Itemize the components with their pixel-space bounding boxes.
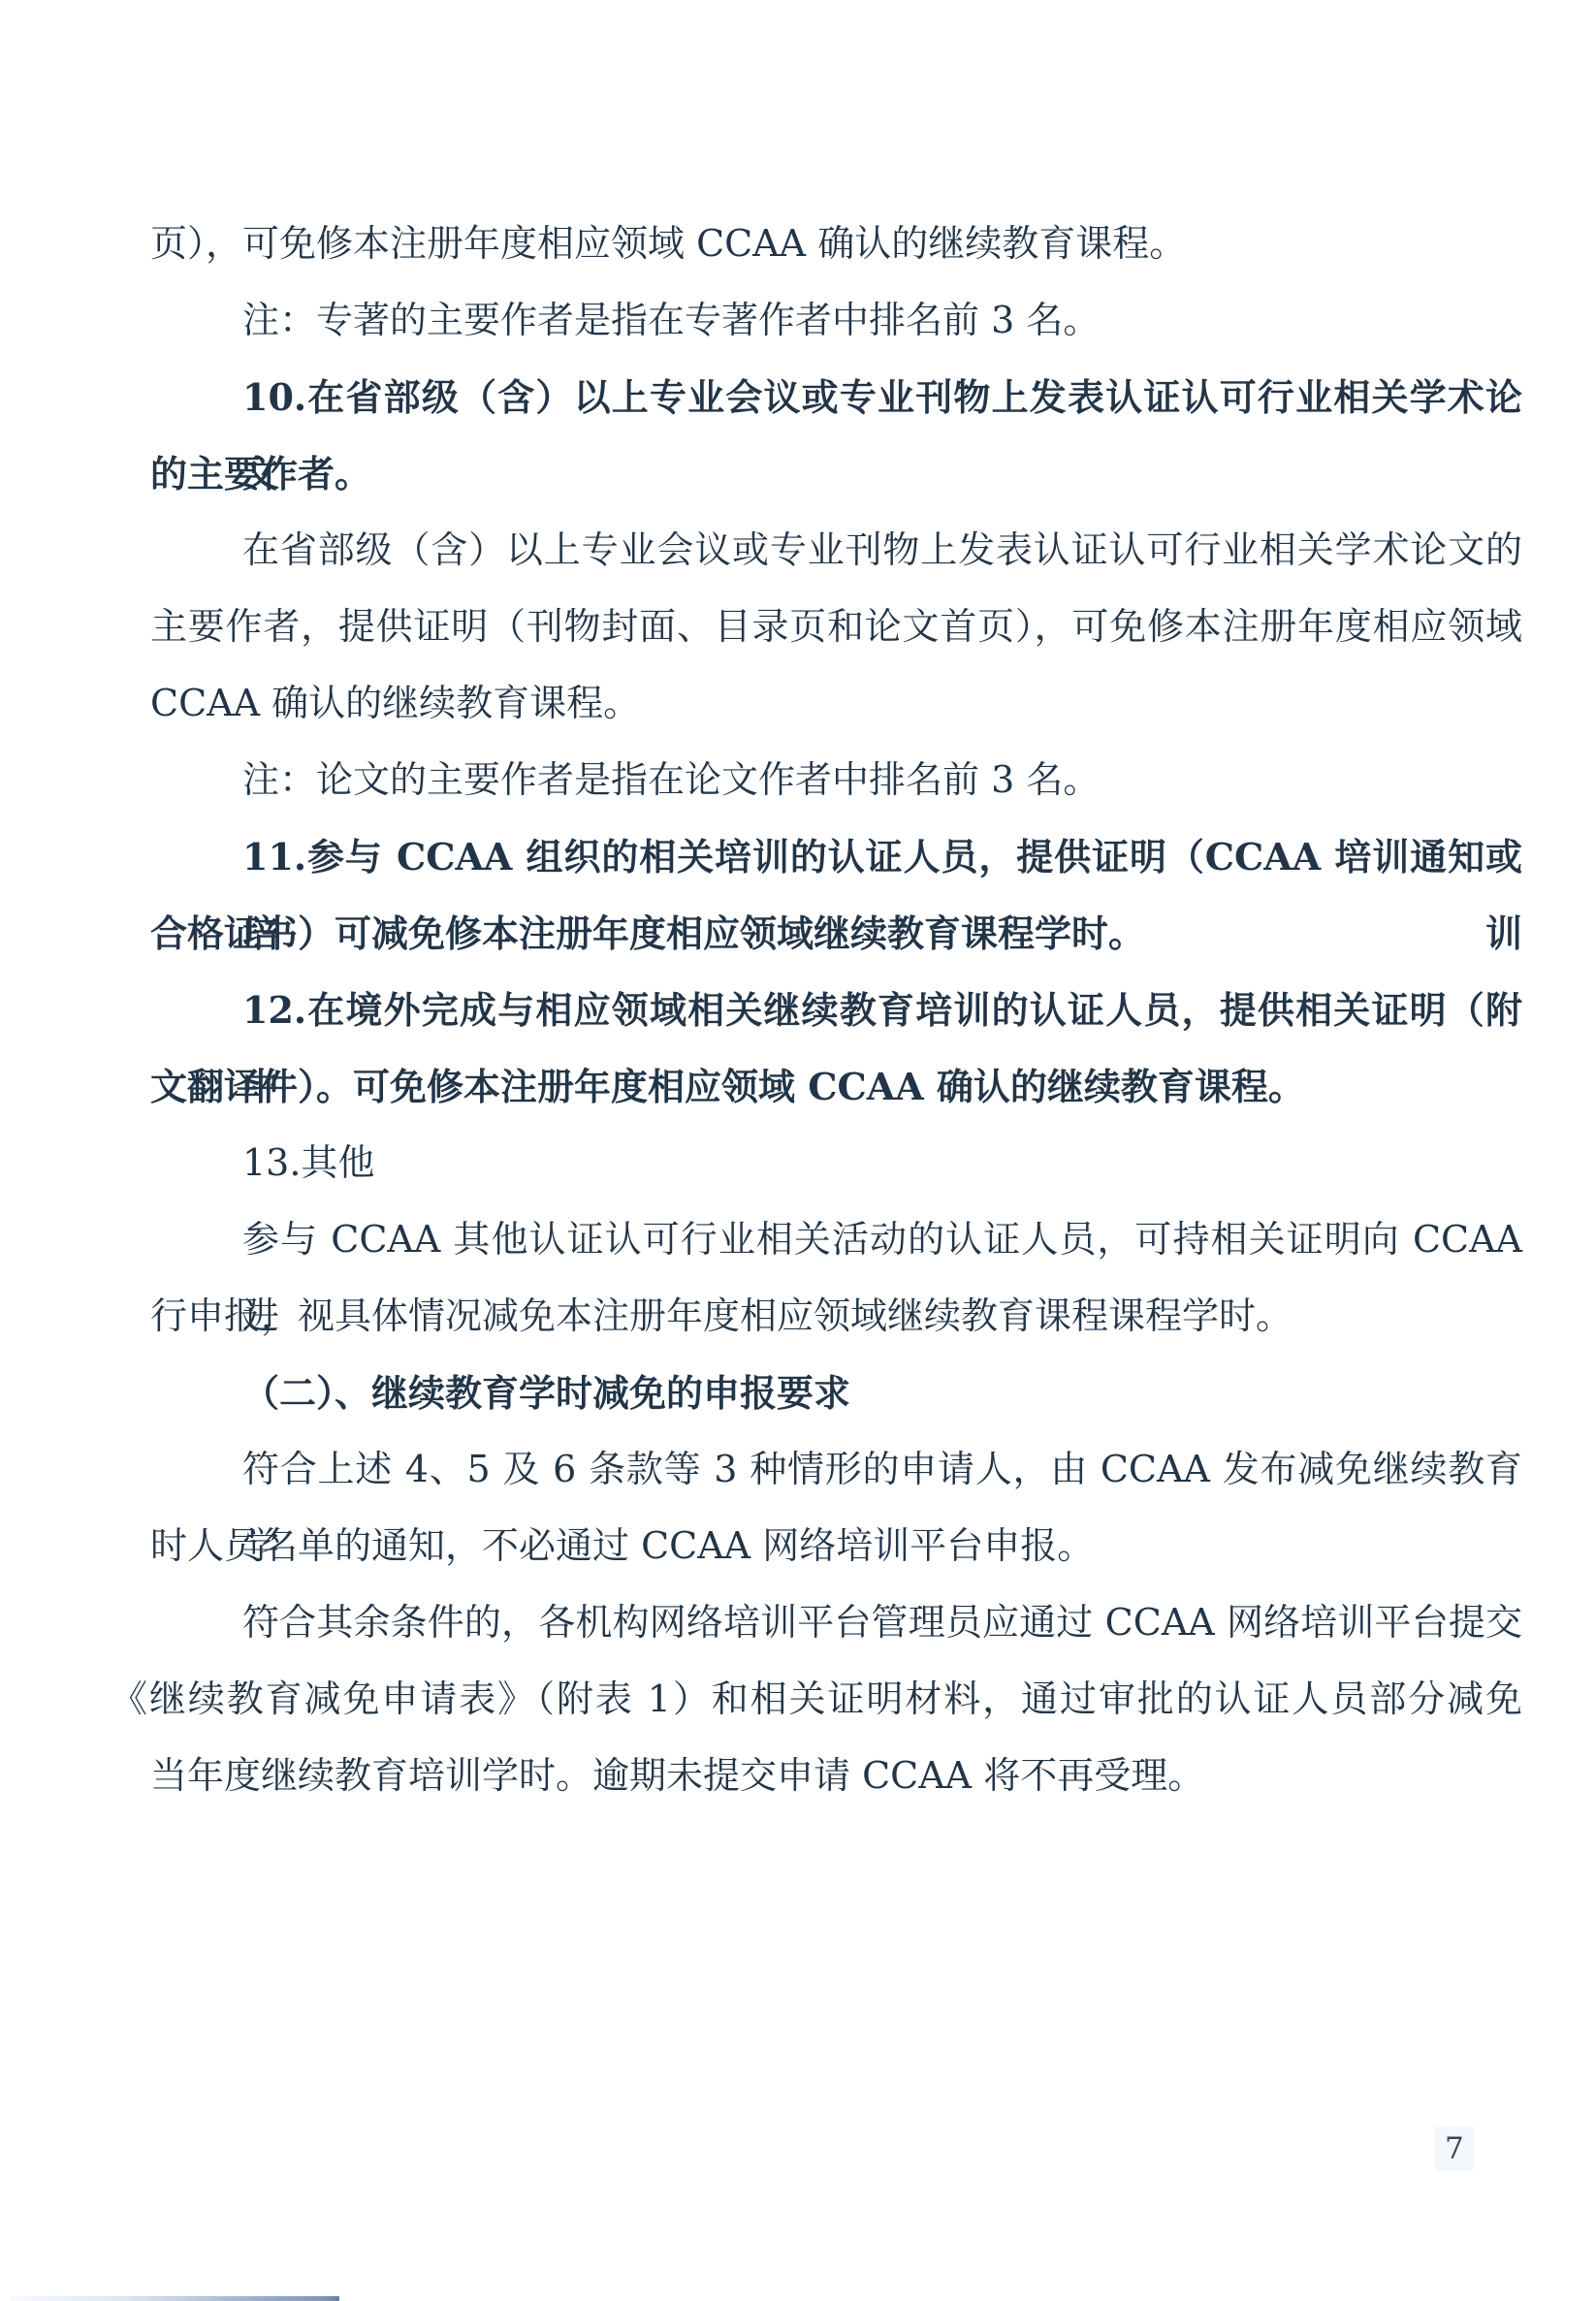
text-line: 在省部级（含）以上专业会议或专业刊物上发表认证认可行业相关学术论文的 <box>150 512 1522 589</box>
text-line: 《继续教育减免申请表》（附表 1）和相关证明材料，通过审批的认证人员部分减免 <box>111 1661 1522 1738</box>
text-line: 注：论文的主要作者是指在论文作者中排名前 3 名。 <box>150 742 1522 818</box>
text-line: 时人员名单的通知，不必通过 CCAA 网络培训平台申报。 <box>150 1508 1522 1584</box>
document-page: 页），可免修本注册年度相应领域 CCAA 确认的继续教育课程。注：专著的主要作者… <box>0 0 1596 2301</box>
text-line: 主要作者，提供证明（刊物封面、目录页和论文首页），可免修本注册年度相应领域 <box>150 589 1522 665</box>
text-line: 行申报，视具体情况减免本注册年度相应领域继续教育课程课程学时。 <box>150 1278 1522 1355</box>
text-line: 11.参与 CCAA 组织的相关培训的认证人员，提供证明（CCAA 培训通知或培… <box>150 818 1522 895</box>
text-line: 文翻译件）。可免修本注册年度相应领域 CCAA 确认的继续教育课程。 <box>150 1048 1522 1125</box>
text-line: 页），可免修本注册年度相应领域 CCAA 确认的继续教育课程。 <box>150 206 1522 282</box>
text-line: 符合上述 4、5 及 6 条款等 3 种情形的申请人，由 CCAA 发布减免继续… <box>150 1431 1522 1508</box>
text-line: 参与 CCAA 其他认证认可行业相关活动的认证人员，可持相关证明向 CCAA 进 <box>150 1201 1522 1278</box>
text-line: 当年度继续教育培训学时。逾期未提交申请 CCAA 将不再受理。 <box>150 1738 1522 1814</box>
text-line: 的主要作者。 <box>150 435 1522 512</box>
scan-edge-strip <box>10 2296 339 2301</box>
text-line: 12.在境外完成与相应领域相关继续教育培训的认证人员，提供相关证明（附中 <box>150 972 1522 1048</box>
text-line: 13.其他 <box>150 1125 1522 1201</box>
document-text: 页），可免修本注册年度相应领域 CCAA 确认的继续教育课程。注：专著的主要作者… <box>150 206 1522 1814</box>
text-line: （二）、继续教育学时减免的申报要求 <box>150 1355 1522 1431</box>
page-number: 7 <box>1435 2126 1474 2171</box>
text-line: 符合其余条件的，各机构网络培训平台管理员应通过 CCAA 网络培训平台提交 <box>150 1584 1522 1661</box>
text-line: CCAA 确认的继续教育课程。 <box>150 665 1522 742</box>
text-line: 10.在省部级（含）以上专业会议或专业刊物上发表认证认可行业相关学术论文 <box>150 359 1522 435</box>
text-line: 注：专著的主要作者是指在专著作者中排名前 3 名。 <box>150 282 1522 359</box>
